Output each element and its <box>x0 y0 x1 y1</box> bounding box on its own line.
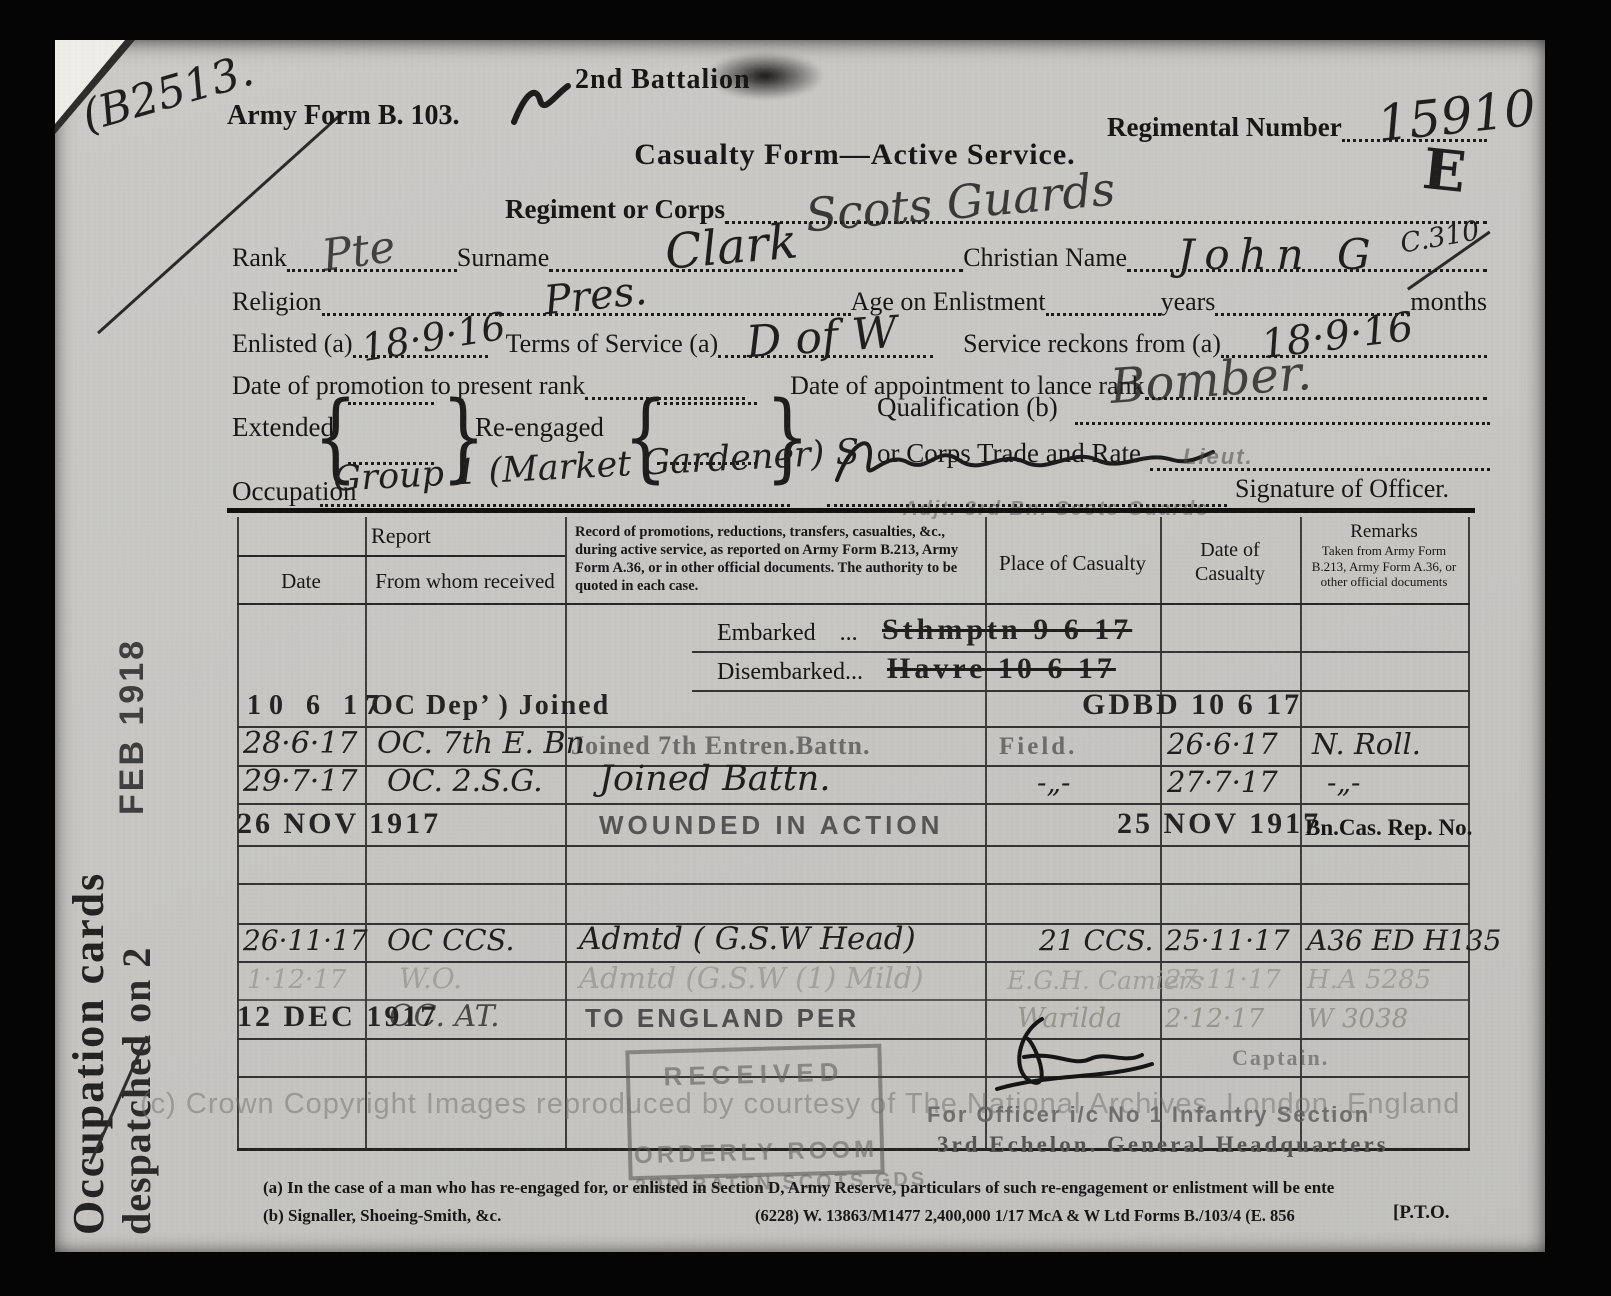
regiment-label: Regiment or Corps <box>505 194 725 224</box>
joined-depot-from: OC Dep’ ) Joined <box>371 690 610 722</box>
cdate-header-2: Casualty <box>1160 563 1300 586</box>
occupation-cards-stamp: Occupation cards <box>63 872 114 1235</box>
wounded-cdate: 25 NOV 1917 <box>1117 807 1321 841</box>
r10-record: Admtd (G.S.W (1) Mild) <box>579 961 924 995</box>
r4-place: Field. <box>999 733 1077 761</box>
row-disembarked: Disembarked... Havre 10 6 17 <box>237 651 1470 690</box>
reengaged-label: Re-engaged <box>475 412 604 443</box>
document-page: (B2513. Army Form B. 103. 2nd Battalion … <box>55 40 1545 1252</box>
cdate-header-1: Date of <box>1160 539 1300 562</box>
row-to-england: 12 DEC 1917 OC. AT. TO ENGLAND PER Waril… <box>237 999 1470 1040</box>
battalion-stamp: 2nd Battalion <box>575 64 751 96</box>
r10-from: W.O. <box>399 962 462 995</box>
wounded-record: WOUNDED IN ACTION <box>599 810 943 841</box>
feb-1918-date-stamp: FEB 1918 <box>113 638 152 815</box>
r5-record: Joined Battn. <box>599 759 830 799</box>
religion-leader: Pres. <box>322 279 851 316</box>
r9-from: OC CCS. <box>387 923 515 957</box>
footnote-a: (a) In the case of a man who has re-enga… <box>263 1178 1413 1198</box>
r5-date: 29·7·17 <box>243 764 358 799</box>
record-header: Record of promotions, reductions, transf… <box>575 523 975 596</box>
rank-label: Rank <box>232 243 287 272</box>
rank-leader: Pte <box>287 235 457 272</box>
r11-record: TO ENGLAND PER <box>585 1003 859 1034</box>
officer-signature-scribble <box>825 432 1225 494</box>
print-code: (6228) W. 13863/M1477 2,400,000 1/17 McA… <box>755 1206 1295 1226</box>
remarks-subheader: Taken from Army Form B.213, Army Form A.… <box>1305 543 1463 590</box>
r10-date: 1·12·17 <box>247 965 346 995</box>
r10-cdate: 27·11·17 <box>1165 965 1281 995</box>
r5-place: -„- <box>1037 766 1070 799</box>
row-admitted-pencil: 1·12·17 W.O. Admtd (G.S.W (1) Mild) E.G.… <box>237 961 1470 1001</box>
wounded-date: 26 NOV 1917 <box>237 807 441 841</box>
disembarked-value: Havre 10 6 17 <box>887 652 1116 686</box>
age-leader <box>1046 279 1161 316</box>
extended-dotline-1 <box>348 378 434 405</box>
wounded-remarks: Bn.Cas. Rep. No. <box>1305 815 1472 841</box>
for-officer-stamp-line2: 3rd Echelon. General Headquarters <box>937 1132 1389 1158</box>
terms-leader: D of W <box>718 321 933 358</box>
r10-remarks: H.A 5285 <box>1307 965 1431 995</box>
row-joined-entrenching: 28·6·17 OC. 7th E. Bn Joined 7th Entren.… <box>237 726 1470 767</box>
row-joined-depot: 10 6 17 OC Dep’ ) Joined GDBD 10 6 17 <box>237 690 1470 728</box>
row-wounded: 26 NOV 1917 WOUNDED IN ACTION 25 NOV 191… <box>237 803 1470 847</box>
enlisted-leader: 18·9·16 <box>353 321 488 358</box>
r5-from: OC. 2.S.G. <box>387 764 543 799</box>
christian-name-leader: John G <box>1127 235 1487 272</box>
copyright-watermark: (c) Crown Copyright Images reproduced by… <box>140 1088 1520 1121</box>
casualty-table: Report Date From whom received Record of… <box>237 517 1470 1152</box>
table-header: Report Date From whom received Record of… <box>237 517 1470 605</box>
embarked-value: Sthmptn 9 6 17 <box>882 613 1132 647</box>
form-name: Army Form B. 103. <box>227 100 460 132</box>
r4-cdate: 26·6·17 <box>1167 727 1278 761</box>
r11-remarks: W 3038 <box>1307 1004 1408 1034</box>
r4-from: OC. 7th E. Bn <box>377 726 585 761</box>
date-header: Date <box>237 569 365 594</box>
regimental-number-leader: 15910 <box>1342 105 1487 142</box>
regiment-leader: Scots Guards <box>725 187 1487 224</box>
regiment-row: Regiment or Corps Scots Guards <box>505 178 1487 224</box>
r4-date: 28·6·17 <box>243 726 358 761</box>
tick-mark <box>510 82 580 132</box>
r4-record: Joined 7th Entren.Battn. <box>571 731 870 761</box>
disembarked-label: Disembarked... <box>717 659 863 686</box>
r9-record: Admtd ( G.S.W Head) <box>579 921 916 957</box>
captain-stamp: Captain. <box>1232 1045 1329 1071</box>
surname-leader: Clark <box>549 235 963 272</box>
footnote-b: (b) Signaller, Shoeing-Smith, &c. <box>263 1206 501 1226</box>
lieut-stamp: Lieut. <box>1183 444 1254 470</box>
row-embarked: Embarked ... Sthmptn 9 6 17 <box>237 603 1470 651</box>
orderly-room-stamp-text: ORDERLY ROOM <box>632 1136 881 1170</box>
qualification-label: Qualification (b) <box>877 392 1058 423</box>
gdbd-stamp: GDBD 10 6 17 <box>1082 688 1302 722</box>
scan-background: (B2513. Army Form B. 103. 2nd Battalion … <box>0 0 1611 1296</box>
r5-remarks: -„- <box>1327 766 1360 799</box>
row-blank-2 <box>237 883 1470 925</box>
row-admitted-ccs: 26·11·17 OC CCS. Admtd ( G.S.W Head) 21 … <box>237 923 1470 963</box>
surname-label: Surname <box>457 243 549 272</box>
from-header: From whom received <box>365 569 565 594</box>
rank-row: Rank Pte Surname Clark Christian Name Jo… <box>232 226 1487 272</box>
r9-cdate: 25·11·17 <box>1165 924 1290 957</box>
section-rule <box>227 508 1475 513</box>
signature-of-officer-label: Signature of Officer. <box>1235 474 1449 504</box>
remarks-header: Remarks <box>1300 521 1468 543</box>
report-header: Report <box>237 523 565 549</box>
place-header: Place of Casualty <box>985 551 1160 576</box>
r9-place: 21 CCS. <box>1039 924 1153 957</box>
christian-name-label: Christian Name <box>963 243 1127 272</box>
reengaged-dotline-1 <box>657 378 757 405</box>
r4-remarks: N. Roll. <box>1312 727 1421 761</box>
report-underline <box>237 555 565 557</box>
embarked-label: Embarked ... <box>717 620 858 647</box>
r11-from: OC. AT. <box>389 999 500 1034</box>
r5-cdate: 27·7·17 <box>1167 765 1278 799</box>
row-blank-1 <box>237 845 1470 885</box>
joined-depot-date: 10 6 17 <box>247 690 387 722</box>
r9-remarks: A36 ED H135 <box>1307 924 1501 957</box>
pto-label: [P.T.O. <box>1393 1202 1449 1224</box>
r9-date: 26·11·17 <box>243 924 368 957</box>
row-joined-battn: 29·7·17 OC. 2.S.G. Joined Battn. -„- 27·… <box>237 765 1470 805</box>
